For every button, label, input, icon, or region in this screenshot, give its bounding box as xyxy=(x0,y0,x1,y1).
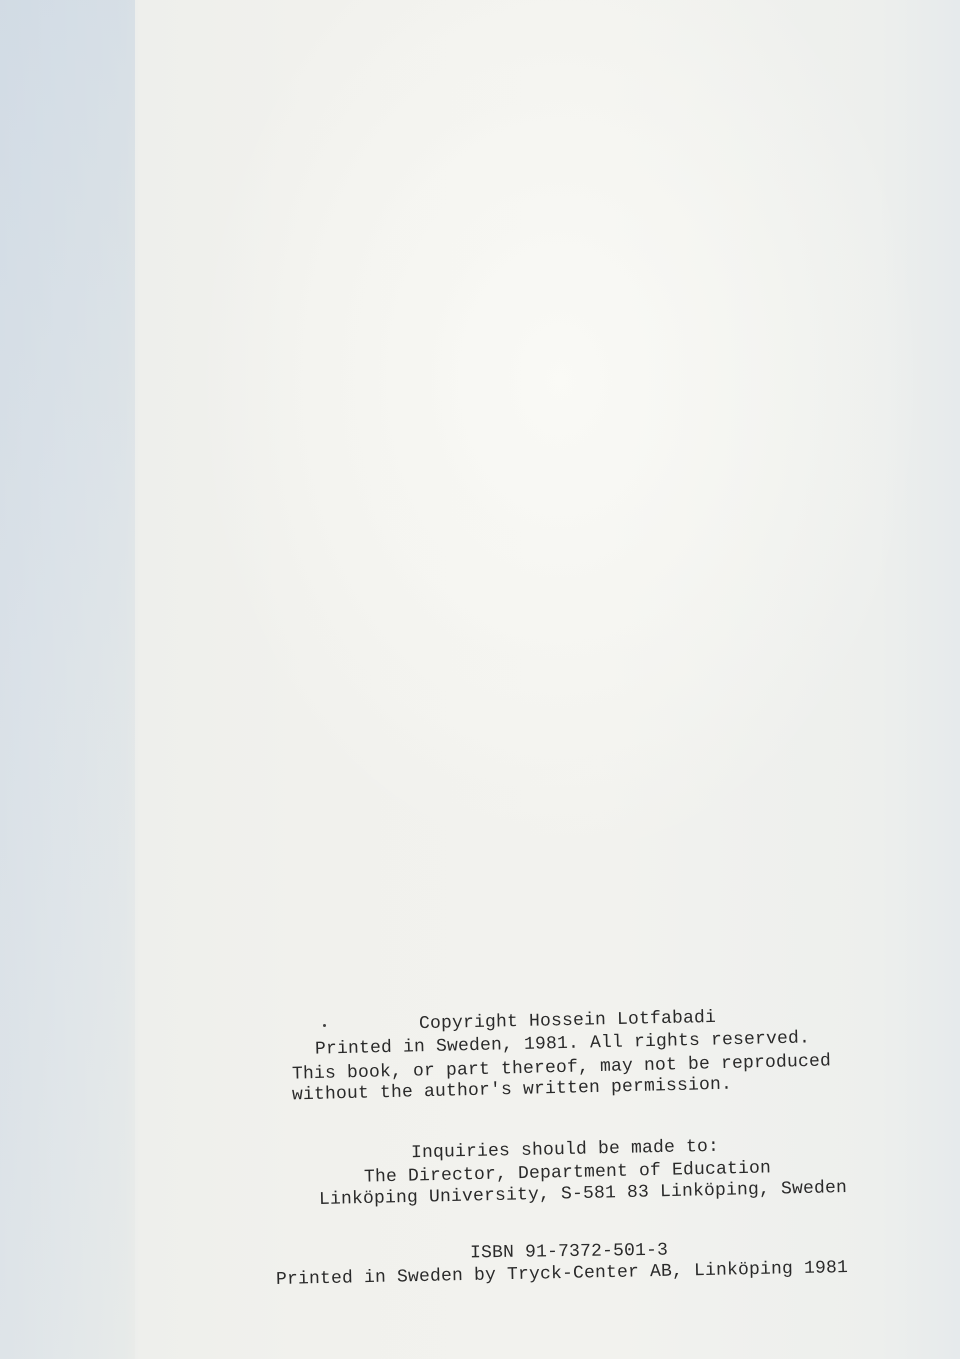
isbn: ISBN 91-7372-501-3 xyxy=(470,1241,668,1264)
printer-line: Printed in Sweden by Tryck-Center AB, Li… xyxy=(276,1258,848,1290)
copyright-holder: Copyright Hossein Lotfabadi xyxy=(419,1008,716,1034)
copyright-page: Copyright Hossein Lotfabadi Printed in S… xyxy=(0,0,960,1359)
inquiries-heading: Inquiries should be made to: xyxy=(411,1137,719,1163)
ink-speck xyxy=(323,1024,326,1027)
